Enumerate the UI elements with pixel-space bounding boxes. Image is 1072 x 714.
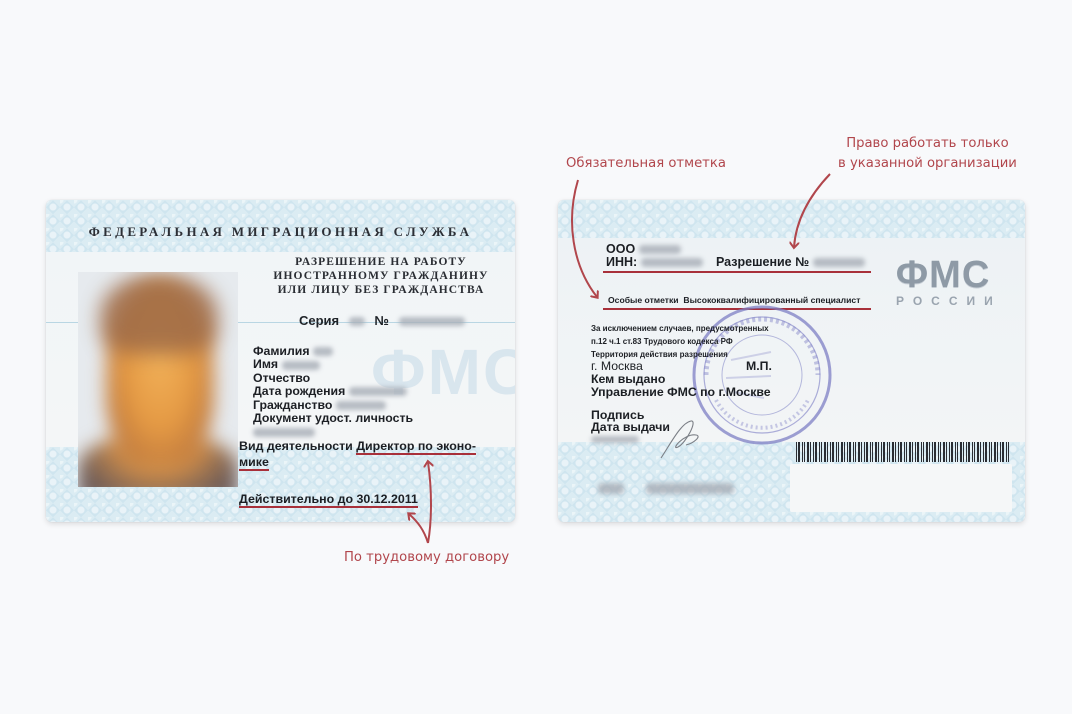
redacted-series <box>349 317 365 326</box>
barcode <box>796 442 1012 462</box>
redacted-value <box>313 347 333 356</box>
redacted-permit-number <box>813 258 865 267</box>
series-label: Серия <box>299 313 339 328</box>
note-line: За исключением случаев, предусмотренных <box>591 322 769 335</box>
field-id-document: Документ удост. личность <box>253 412 413 425</box>
field-citizenship: Гражданство <box>253 399 413 412</box>
photo-hair <box>100 274 218 354</box>
holder-photo-blurred <box>78 272 238 487</box>
employer-underline <box>603 271 871 273</box>
activity-value-cont: мике <box>239 455 269 471</box>
series-number-row: Серия № <box>299 313 465 328</box>
activity-label: Вид деятельности <box>239 439 353 453</box>
redacted-serial-number <box>598 480 734 498</box>
notes-block: За исключением случаев, предусмотренных … <box>591 322 769 361</box>
note-line: п.12 ч.1 ст.83 Трудового кодекса РФ <box>591 335 769 348</box>
employer-block: ООО ИНН: Разрешение № <box>606 243 871 269</box>
redacted-value <box>336 401 386 410</box>
number-label: № <box>374 313 389 328</box>
field-patronymic: Отчество <box>253 372 413 385</box>
permit-number-label: Разрешение № <box>716 255 809 269</box>
valid-until-text: Действительно до 30.12.2011 <box>239 492 418 508</box>
barcode-panel <box>790 464 1012 512</box>
inn-label: ИНН: <box>606 255 637 269</box>
activity-block: Вид деятельности Директор по эконо- мике <box>239 438 509 470</box>
org-label: ООО <box>606 242 635 256</box>
seal-label: М.П. <box>746 360 772 373</box>
field-surname: Фамилия <box>253 345 413 358</box>
issued-block: г. Москва М.П. Кем выдано Управление ФМС… <box>591 360 771 399</box>
holder-fields: Фамилия Имя Отчество Дата рождения Гражд… <box>253 345 413 439</box>
redacted-value <box>253 428 315 437</box>
signature-scribble <box>656 413 706 463</box>
agency-name: ФЕДЕРАЛЬНАЯ МИГРАЦИОННАЯ СЛУЖБА <box>46 224 515 240</box>
valid-until: Действительно до 30.12.2011 <box>239 492 418 506</box>
logo-sub: РОССИИ <box>896 294 998 308</box>
permit-title-line: ИЛИ ЛИЦУ БЕЗ ГРАЖДАНСТВА <box>251 283 511 297</box>
issued-by-value: Управление ФМС по г.Москве <box>591 386 771 399</box>
redacted-issue-date <box>591 436 639 443</box>
annotation-contract: По трудовому договору <box>344 548 509 568</box>
field-id-document-value <box>253 425 413 438</box>
redacted-org <box>639 245 681 254</box>
redacted-inn <box>641 258 703 267</box>
permit-back-card: ООО ИНН: Разрешение № Особые отметки Выс… <box>558 200 1025 522</box>
activity-value: Директор по эконо- <box>356 439 476 455</box>
annotation-mandatory-mark: Обязательная отметка <box>566 154 726 174</box>
permit-title: РАЗРЕШЕНИЕ НА РАБОТУ ИНОСТРАННОМУ ГРАЖДА… <box>251 255 511 297</box>
field-birth-date: Дата рождения <box>253 385 413 398</box>
redacted-value <box>349 387 407 396</box>
security-pattern-top <box>558 200 1025 238</box>
permit-number-row: Разрешение № <box>716 256 865 269</box>
annotation-organization-only: Право работать только в указанной органи… <box>838 134 1017 174</box>
special-marks-label: Особые отметки <box>608 295 679 305</box>
logo-main: ФМС <box>888 256 998 294</box>
permit-title-line: РАЗРЕШЕНИЕ НА РАБОТУ <box>251 255 511 269</box>
permit-title-line: ИНОСТРАННОМУ ГРАЖДАНИНУ <box>251 269 511 283</box>
permit-front-card: ФЕДЕРАЛЬНАЯ МИГРАЦИОННАЯ СЛУЖБА РАЗРЕШЕН… <box>46 200 515 522</box>
field-name: Имя <box>253 358 413 371</box>
fms-russia-logo: ФМС РОССИИ <box>888 256 998 308</box>
redacted-number <box>399 317 465 326</box>
redacted-value <box>282 361 320 370</box>
